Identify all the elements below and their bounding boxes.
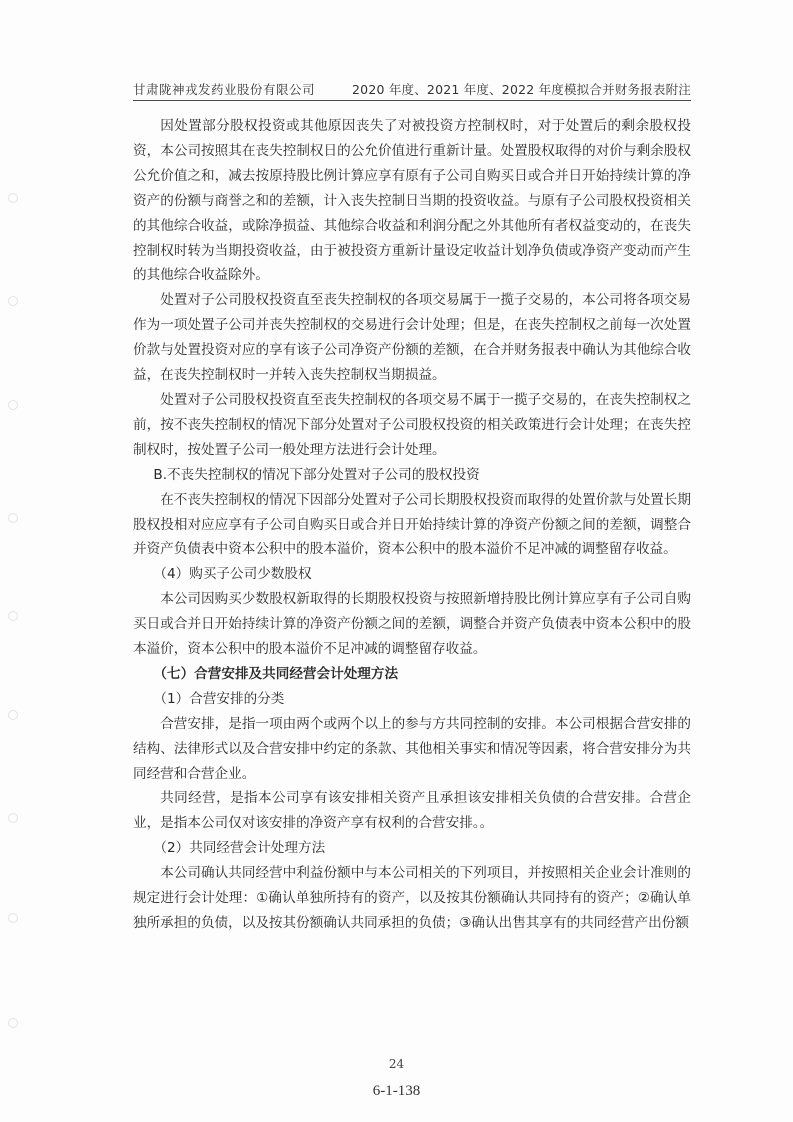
paragraph-joint-arrangement: 合营安排，是指一项由两个或两个以上的参与方共同控制的安排。本公司根据合营安排的结…	[133, 712, 691, 787]
punch-hole-mark	[8, 913, 18, 923]
report-title: 2020 年度、2021 年度、2022 年度模拟合并财务报表附注	[352, 80, 691, 98]
punch-hole-mark	[8, 813, 18, 823]
page-header: 甘肃陇神戎发药业股份有限公司 2020 年度、2021 年度、2022 年度模拟…	[133, 78, 691, 101]
subheading-4: （4）购买子公司少数股权	[133, 562, 691, 587]
punch-hole-mark	[8, 1018, 18, 1028]
paragraph-joint-operation-accounting: 本公司确认共同经营中利益份额中与本公司相关的下列项目，并按照相关企业会计准则的规…	[133, 861, 691, 936]
document-page: 甘肃陇神戎发药业股份有限公司 2020 年度、2021 年度、2022 年度模拟…	[0, 0, 793, 1122]
punch-hole-mark	[8, 513, 18, 523]
paragraph-remeasurement: 因处置部分股权投资或其他原因丧失了对被投资方控制权时，对于处置后的剩余股权投资，…	[133, 114, 691, 288]
paragraph-joint-operation-definition: 共同经营，是指本公司享有该安排相关资产且承担该安排相关负债的合营安排。合营企业，…	[133, 786, 691, 836]
paragraph-partial-disposal: 在不丧失控制权的情况下因部分处置对子公司长期股权投资而取得的处置价款与处置长期股…	[133, 488, 691, 563]
subheading-2: （2）共同经营会计处理方法	[133, 836, 691, 861]
punch-hole-mark	[8, 710, 18, 720]
page-number: 24	[0, 1057, 793, 1071]
subheading-b: B.不丧失控制权的情况下部分处置对子公司的股权投资	[133, 463, 691, 488]
subheading-1: （1）合营安排的分类	[133, 687, 691, 712]
paragraph-package-deal: 处置对子公司股权投资直至丧失控制权的各项交易属于一揽子交易的，本公司将各项交易作…	[133, 288, 691, 388]
document-code: 6-1-138	[0, 1083, 793, 1100]
paragraph-non-package-deal: 处置对子公司股权投资直至丧失控制权的各项交易不属于一揽子交易的，在丧失控制权之前…	[133, 388, 691, 463]
section-heading-7: （七）合营安排及共同经营会计处理方法	[133, 662, 691, 687]
paragraph-minority-purchase: 本公司因购买少数股权新取得的长期股权投资与按照新增持股比例计算应享有子公司自购买…	[133, 587, 691, 662]
punch-hole-mark	[8, 611, 18, 621]
punch-hole-mark	[8, 400, 18, 410]
punch-hole-mark	[8, 193, 18, 203]
punch-hole-mark	[8, 296, 18, 306]
document-body: 因处置部分股权投资或其他原因丧失了对被投资方控制权时，对于处置后的剩余股权投资，…	[133, 114, 691, 936]
company-name: 甘肃陇神戎发药业股份有限公司	[133, 80, 315, 98]
